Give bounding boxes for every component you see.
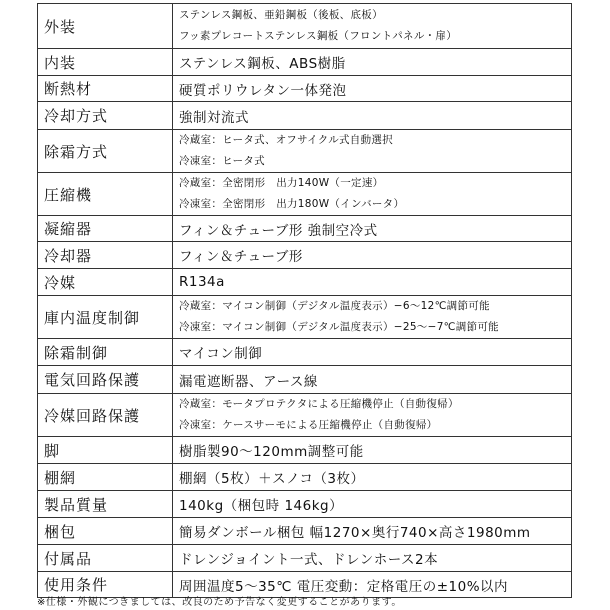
- spec-value: フィン＆チューブ形 強制空冷式: [173, 216, 572, 242]
- spec-value: 冷蔵室：マイコン制御（デジタル温度表示）−6〜12℃調節可能冷凍室：マイコン制御…: [173, 296, 572, 339]
- spec-label: 付属品: [38, 545, 173, 572]
- spec-row: 冷却方式強制対流式: [38, 102, 572, 130]
- spec-value-line: 周囲温度5〜35℃ 電圧変動：定格電圧の±10%以内: [179, 575, 571, 595]
- spec-value: 冷蔵室：モータプロテクタによる圧縮機停止（自動復帰）冷凍室：ケースサーモによる圧…: [173, 394, 572, 437]
- spec-row: 圧縮機冷蔵室：全密閉形 出力140W（一定速）冷凍室：全密閉形 出力180W（イ…: [38, 173, 572, 216]
- spec-label: 梱包: [38, 518, 173, 545]
- spec-value-line: 冷蔵室：全密閉形 出力140W（一定速）: [179, 173, 571, 194]
- spec-value: 強制対流式: [173, 102, 572, 130]
- spec-label: 冷媒: [38, 269, 173, 296]
- spec-value-line: 140kg（梱包時 146kg）: [179, 494, 571, 514]
- spec-label: 冷媒回路保護: [38, 394, 173, 437]
- spec-value-line: フッ素プレコートステンレス鋼板（フロントパネル・扉）: [179, 26, 571, 47]
- spec-row: 冷媒回路保護冷蔵室：モータプロテクタによる圧縮機停止（自動復帰）冷凍室：ケースサ…: [38, 394, 572, 437]
- spec-value: ステンレス鋼板、亜鉛鋼板（後板、底板）フッ素プレコートステンレス鋼板（フロントパ…: [173, 4, 572, 49]
- spec-value: 棚網（5枚）＋スノコ（3枚）: [173, 464, 572, 491]
- spec-table: 外装ステンレス鋼板、亜鉛鋼板（後板、底板）フッ素プレコートステンレス鋼板（フロン…: [37, 3, 572, 598]
- spec-value-line: 樹脂製90〜120mm調整可能: [179, 440, 571, 460]
- spec-value-line: 冷凍室：ヒータ式: [179, 151, 571, 172]
- spec-value-line: 冷凍室：ケースサーモによる圧縮機停止（自動復帰）: [179, 415, 571, 436]
- spec-row: 凝縮器フィン＆チューブ形 強制空冷式: [38, 216, 572, 242]
- spec-row: 除霜方式冷蔵室：ヒータ式、オフサイクル式自動選択冷凍室：ヒータ式: [38, 130, 572, 173]
- spec-value-line: 棚網（5枚）＋スノコ（3枚）: [179, 467, 571, 487]
- spec-value-line: マイコン制御: [179, 342, 571, 362]
- spec-value: 冷蔵室：ヒータ式、オフサイクル式自動選択冷凍室：ヒータ式: [173, 130, 572, 173]
- spec-row: 庫内温度制御冷蔵室：マイコン制御（デジタル温度表示）−6〜12℃調節可能冷凍室：…: [38, 296, 572, 339]
- spec-label: 製品質量: [38, 491, 173, 518]
- spec-value-line: R134a: [179, 274, 571, 290]
- spec-row: 脚樹脂製90〜120mm調整可能: [38, 437, 572, 464]
- spec-row: 除霜制御マイコン制御: [38, 339, 572, 366]
- spec-value: ドレンジョイント一式、ドレンホース2本: [173, 545, 572, 572]
- spec-value-line: 冷凍室：全密閉形 出力180W（インバータ）: [179, 194, 571, 215]
- spec-row: 電気回路保護漏電遮断器、アース線: [38, 366, 572, 394]
- spec-value-line: フィン＆チューブ形: [179, 245, 571, 265]
- spec-value-line: 冷凍室：マイコン制御（デジタル温度表示）−25〜−7℃調節可能: [179, 317, 571, 338]
- footnote: ※仕様・外観につきましては、改良のため予告なく変更することがあります。: [37, 593, 402, 608]
- spec-row: 外装ステンレス鋼板、亜鉛鋼板（後板、底板）フッ素プレコートステンレス鋼板（フロン…: [38, 4, 572, 49]
- spec-value: 樹脂製90〜120mm調整可能: [173, 437, 572, 464]
- spec-row: 付属品ドレンジョイント一式、ドレンホース2本: [38, 545, 572, 572]
- spec-value-line: 冷蔵室：マイコン制御（デジタル温度表示）−6〜12℃調節可能: [179, 296, 571, 317]
- spec-label: 除霜制御: [38, 339, 173, 366]
- spec-label: 圧縮機: [38, 173, 173, 216]
- spec-label: 除霜方式: [38, 130, 173, 173]
- spec-value-line: 硬質ポリウレタン一体発泡: [179, 79, 571, 99]
- spec-label: 外装: [38, 4, 173, 49]
- spec-label: 庫内温度制御: [38, 296, 173, 339]
- spec-value-line: 強制対流式: [179, 106, 571, 126]
- spec-row: 断熱材硬質ポリウレタン一体発泡: [38, 76, 572, 102]
- spec-row: 冷媒R134a: [38, 269, 572, 296]
- spec-label: 脚: [38, 437, 173, 464]
- spec-value-line: 漏電遮断器、アース線: [179, 370, 571, 390]
- spec-value: R134a: [173, 269, 572, 296]
- spec-value: フィン＆チューブ形: [173, 242, 572, 269]
- spec-value: 簡易ダンボール梱包 幅1270×奥行740×高さ1980mm: [173, 518, 572, 545]
- spec-table-body: 外装ステンレス鋼板、亜鉛鋼板（後板、底板）フッ素プレコートステンレス鋼板（フロン…: [38, 4, 572, 598]
- spec-value-line: 冷蔵室：モータプロテクタによる圧縮機停止（自動復帰）: [179, 394, 571, 415]
- spec-row: 冷却器フィン＆チューブ形: [38, 242, 572, 269]
- spec-value: 漏電遮断器、アース線: [173, 366, 572, 394]
- spec-label: 断熱材: [38, 76, 173, 102]
- spec-value-line: ドレンジョイント一式、ドレンホース2本: [179, 548, 571, 568]
- spec-value: 140kg（梱包時 146kg）: [173, 491, 572, 518]
- spec-row: 梱包簡易ダンボール梱包 幅1270×奥行740×高さ1980mm: [38, 518, 572, 545]
- spec-value-line: 冷蔵室：ヒータ式、オフサイクル式自動選択: [179, 130, 571, 151]
- spec-row: 内装ステンレス鋼板、ABS樹脂: [38, 49, 572, 76]
- spec-value: マイコン制御: [173, 339, 572, 366]
- spec-label: 内装: [38, 49, 173, 76]
- spec-value: 硬質ポリウレタン一体発泡: [173, 76, 572, 102]
- spec-value-line: 簡易ダンボール梱包 幅1270×奥行740×高さ1980mm: [179, 521, 571, 541]
- spec-label: 冷却器: [38, 242, 173, 269]
- spec-value-line: フィン＆チューブ形 強制空冷式: [179, 219, 571, 239]
- spec-value: 冷蔵室：全密閉形 出力140W（一定速）冷凍室：全密閉形 出力180W（インバー…: [173, 173, 572, 216]
- spec-label: 冷却方式: [38, 102, 173, 130]
- spec-label: 棚網: [38, 464, 173, 491]
- spec-row: 棚網棚網（5枚）＋スノコ（3枚）: [38, 464, 572, 491]
- spec-row: 製品質量140kg（梱包時 146kg）: [38, 491, 572, 518]
- spec-label: 電気回路保護: [38, 366, 173, 394]
- spec-value: ステンレス鋼板、ABS樹脂: [173, 49, 572, 76]
- spec-label: 凝縮器: [38, 216, 173, 242]
- spec-value-line: ステンレス鋼板、ABS樹脂: [179, 52, 571, 72]
- spec-value-line: ステンレス鋼板、亜鉛鋼板（後板、底板）: [179, 5, 571, 26]
